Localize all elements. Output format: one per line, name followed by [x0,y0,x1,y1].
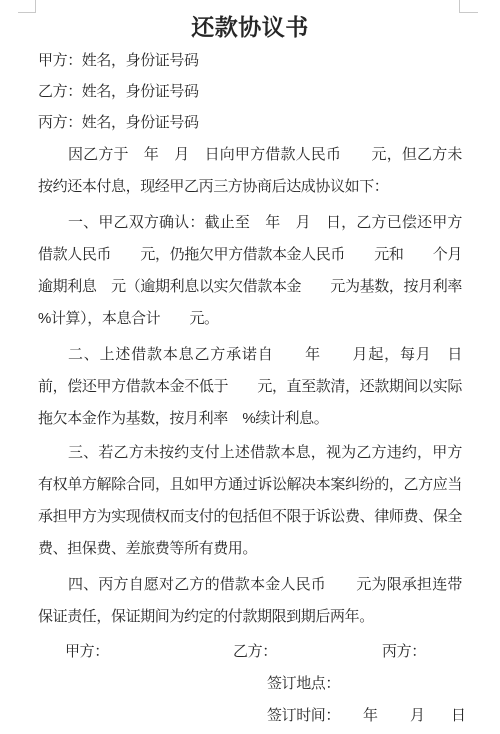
sign-date-month-label: 月 [410,700,425,732]
party-b-signature-label: 乙方： [233,636,277,668]
party-c-signature-label: 丙方： [382,636,426,668]
document-title: 还款协议书 [38,10,462,44]
page-margin-mark-top-left [18,0,36,13]
party-c-line: 丙方：姓名，身份证号码 [38,107,462,138]
party-a-line: 甲方：姓名，身份证号码 [38,45,462,76]
party-a-signature-label: 甲方： [65,636,109,668]
sign-date-row: 签订时间： 年 月 日 [38,700,462,732]
clause-3-paragraph: 三、若乙方未按约支付上述借款本息，视为乙方违约，甲方有权单方解除合同，且如甲方通… [38,437,462,565]
sign-date-year-label: 年 [363,700,378,732]
sign-place-row: 签订地点： [38,668,462,700]
document-content: 还款协议书 甲方：姓名，身份证号码 乙方：姓名，身份证号码 丙方：姓名，身份证号… [0,0,500,732]
clause-4-paragraph: 四、丙方自愿对乙方的借款本金人民币 元为限承担连带保证责任，保证期间为约定的付款… [38,569,462,633]
clause-1-paragraph: 一、甲乙双方确认：截止至 年 月 日，乙方已偿还甲方借款人民币 元，仍拖欠甲方借… [38,207,462,335]
preamble-paragraph: 因乙方于 年 月 日向甲方借款人民币 元，但乙方未按约还本付息，现经甲乙丙三方协… [38,139,462,203]
party-b-line: 乙方：姓名，身份证号码 [38,76,462,107]
sign-date-label: 签订时间： [267,700,340,732]
sign-date-day-label: 日 [451,700,466,732]
signature-row: 甲方： 乙方： 丙方： [38,636,462,668]
parties-block: 甲方：姓名，身份证号码 乙方：姓名，身份证号码 丙方：姓名，身份证号码 [38,45,462,138]
page-margin-mark-top-right [459,0,478,13]
document-page: 还款协议书 甲方：姓名，身份证号码 乙方：姓名，身份证号码 丙方：姓名，身份证号… [0,0,500,734]
clause-2-paragraph: 二、上述借款本息乙方承诺自 年 月起，每月 日前，偿还甲方借款本金不低于 元，直… [38,339,462,435]
sign-place-label: 签订地点： [267,668,340,700]
